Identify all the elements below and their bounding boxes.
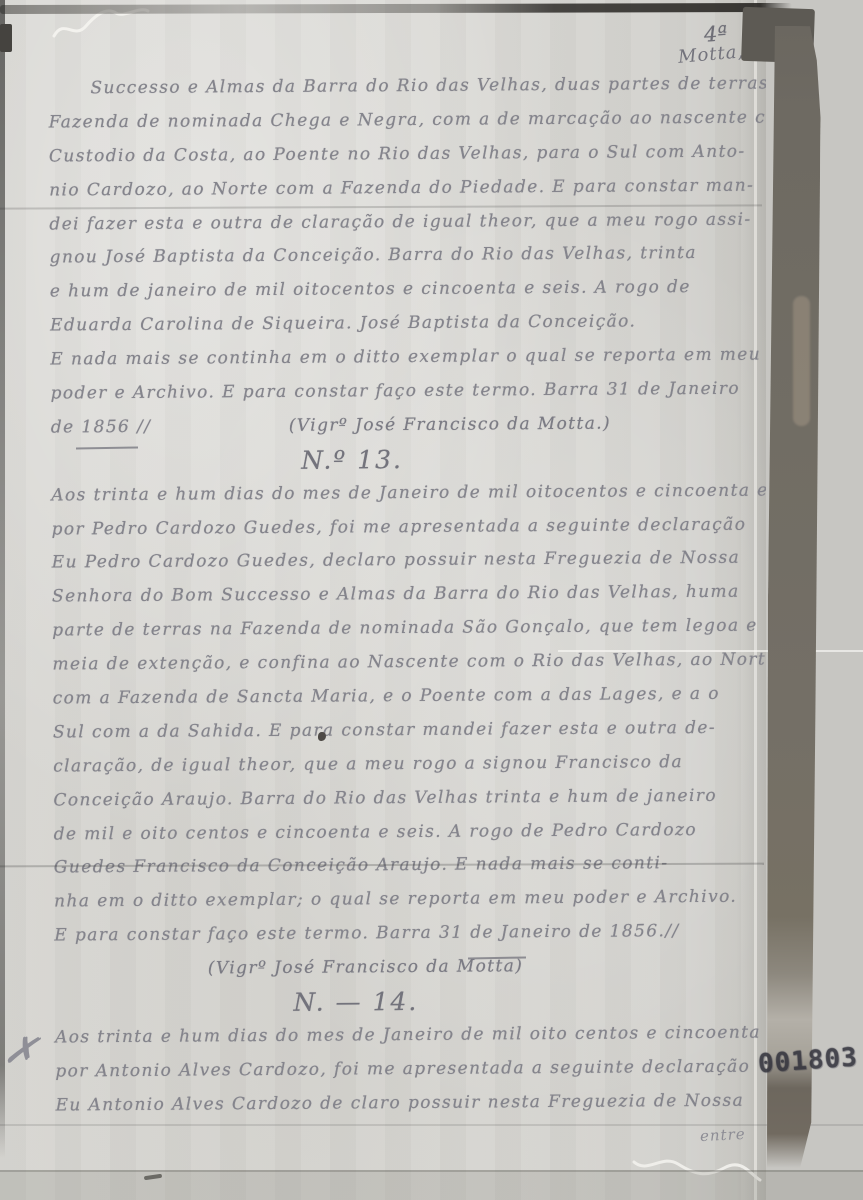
manuscript-paper: Successo e Almas da Barra do Rio das Vel… — [0, 0, 766, 1200]
page-bottom-edge — [0, 1170, 863, 1200]
manuscript-line: e hum de janeiro de mil oitocentos e cin… — [50, 271, 762, 310]
manuscript-line: N.º 13. — [51, 440, 763, 479]
manuscript-line: Eduarda Carolina de Siqueira. José Bapti… — [50, 305, 762, 344]
manuscript-line: meia de extenção, e confina ao Nascente … — [52, 644, 764, 683]
manuscript-line: nha em o ditto exemplar; o qual se repor… — [54, 881, 766, 920]
archive-number-stamp: 001803 — [757, 1043, 859, 1080]
manuscript-line: claração, de igual theor, que a meu rogo… — [53, 745, 765, 784]
folio-name-label: Motta, — [677, 41, 745, 68]
manuscript-line: Fazenda de nominada Chega e Negra, com a… — [49, 101, 761, 140]
manuscript-line: E nada mais se continha em o ditto exemp… — [50, 339, 762, 378]
binding-strip-worn-patch — [793, 296, 810, 426]
scanned-manuscript-page: { "page": { "folio_label": "4ª", "folio_… — [0, 0, 863, 1200]
manuscript-line: de 1856 //(Vigrº José Francisco da Motta… — [51, 406, 763, 445]
manuscript-line: de mil e oito centos e cincoenta e seis.… — [54, 813, 766, 852]
manuscript-line: Successo e Almas da Barra do Rio das Vel… — [48, 68, 760, 107]
manuscript-line: parte de terras na Fazenda de nominada S… — [52, 610, 764, 649]
catchword: entre — [700, 1125, 747, 1145]
left-edge-dark-mark — [0, 24, 12, 52]
manuscript-line: E para constar faço este termo. Barra 31… — [54, 915, 766, 954]
signature-segment: (Vigrº José Francisco da Motta.) — [289, 407, 611, 443]
date-segment: de 1856 // — [51, 417, 152, 438]
manuscript-line: (Vigrº José Francisco da Motta) — [54, 949, 766, 988]
manuscript-line: Senhora do Bom Successo e Almas da Barra… — [52, 576, 764, 615]
manuscript-lines: Successo e Almas da Barra do Rio das Vel… — [48, 68, 766, 1124]
manuscript-line: Conceição Araujo. Barra do Rio das Velha… — [53, 779, 765, 818]
manuscript-line: por Antonio Alves Cardozo, foi me aprese… — [55, 1050, 766, 1089]
manuscript-line: Sul com a da Sahida. E para constar mand… — [53, 711, 765, 750]
binding-strip — [765, 26, 821, 1168]
margin-x-mark: ✗ — [1, 1026, 41, 1076]
manuscript-line: por Pedro Cardozo Guedes, foi me apresen… — [51, 508, 763, 547]
manuscript-line: Aos trinta e hum dias do mes de Janeiro … — [55, 1016, 766, 1055]
manuscript-line: N. — 14. — [55, 983, 766, 1022]
manuscript-line: nio Cardozo, ao Norte com a Fazenda do P… — [49, 169, 761, 208]
manuscript-line: poder e Archivo. E para constar faço est… — [50, 373, 762, 412]
manuscript-line: Eu Pedro Cardozo Guedes, declaro possuir… — [52, 542, 764, 581]
manuscript-line: Eu Antonio Alves Cardozo de claro possui… — [55, 1084, 766, 1123]
manuscript-line: Custodio da Costa, ao Poente no Rio das … — [49, 135, 761, 174]
manuscript-line: Aos trinta e hum dias do mes de Janeiro … — [51, 474, 763, 513]
manuscript-line: com a Fazenda de Sancta Maria, e o Poent… — [53, 678, 765, 717]
page-left-edge — [0, 0, 5, 1158]
manuscript-line: Guedes Francisco da Conceição Araujo. E … — [54, 847, 766, 886]
manuscript-line: gnou José Baptista da Conceição. Barra d… — [50, 237, 762, 276]
manuscript-line: dei fazer esta e outra de claração de ig… — [49, 203, 761, 242]
